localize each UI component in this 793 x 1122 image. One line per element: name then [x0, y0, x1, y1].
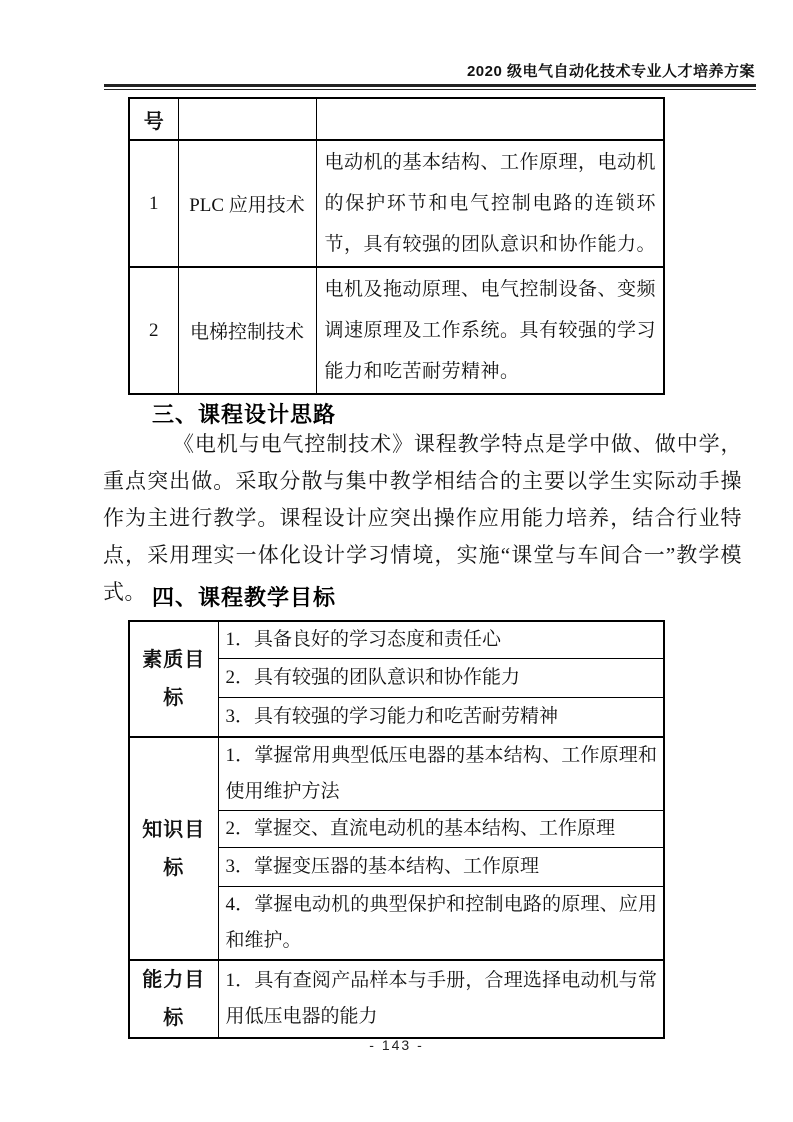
course-desc-cell: 电机及拖动原理、电气控制设备、变频调速原理及工作系统。具有较强的学习能力和吃苦耐… — [316, 267, 664, 394]
page-number: - 143 - — [0, 1037, 793, 1053]
objective-category-label: 素质目标 — [141, 641, 207, 717]
page-header-title: 2020 级电气自动化技术专业人才培养方案 — [105, 60, 755, 81]
header-rule — [104, 84, 756, 90]
course-table-header-row: 号 — [129, 98, 664, 140]
objective-row: 素质目标 1．具备良好的学习态度和责任心 — [129, 621, 664, 659]
row-number-cell: 1 — [129, 140, 178, 267]
objective-row: 能力目标 1．具有查阅产品样本与手册，合理选择电动机与常用低压电器的能力 — [129, 960, 664, 1038]
table-row: 2 电梯控制技术 电机及拖动原理、电气控制设备、变频调速原理及工作系统。具有较强… — [129, 267, 664, 394]
row-number-cell: 2 — [129, 267, 178, 394]
objective-item-cell: 1．掌握常用典型低压电器的基本结构、工作原理和使用维护方法 — [218, 737, 664, 811]
course-summary-table: 号 1 PLC 应用技术 电动机的基本结构、工作原理，电动机的保护环节和电气控制… — [128, 97, 665, 395]
objective-item-cell: 2．具有较强的团队意识和协作能力 — [218, 659, 664, 698]
header-cell-course — [178, 98, 316, 140]
objective-item-cell: 3．具有较强的学习能力和吃苦耐劳精神 — [218, 698, 664, 738]
section-heading-teaching-objectives: 四、课程教学目标 — [152, 581, 336, 612]
header-cell-no: 号 — [129, 98, 178, 140]
course-name-cell: PLC 应用技术 — [178, 140, 316, 267]
objective-item-cell: 3．掌握变压器的基本结构、工作原理 — [218, 848, 664, 887]
objective-category-cell: 素质目标 — [129, 621, 218, 737]
objective-item-cell: 1．具备良好的学习态度和责任心 — [218, 621, 664, 659]
table-row: 1 PLC 应用技术 电动机的基本结构、工作原理，电动机的保护环节和电气控制电路… — [129, 140, 664, 267]
document-page: 2020 级电气自动化技术专业人才培养方案 号 1 PLC 应用技术 电动机的基… — [0, 0, 793, 1122]
objective-item-cell: 1．具有查阅产品样本与手册，合理选择电动机与常用低压电器的能力 — [218, 960, 664, 1038]
header-cell-desc — [316, 98, 664, 140]
objective-category-cell: 知识目标 — [129, 737, 218, 960]
section-heading-course-design: 三、课程设计思路 — [152, 398, 336, 429]
objective-row: 知识目标 1．掌握常用典型低压电器的基本结构、工作原理和使用维护方法 — [129, 737, 664, 811]
course-name-cell: 电梯控制技术 — [178, 267, 316, 394]
objective-category-label: 知识目标 — [141, 811, 207, 887]
objective-category-label: 能力目标 — [141, 961, 207, 1037]
objective-category-cell: 能力目标 — [129, 960, 218, 1038]
objective-item-cell: 2．掌握交、直流电动机的基本结构、工作原理 — [218, 811, 664, 848]
objective-item-cell: 4．掌握电动机的典型保护和控制电路的原理、应用和维护。 — [218, 887, 664, 961]
objectives-table: 素质目标 1．具备良好的学习态度和责任心 2．具有较强的团队意识和协作能力 3．… — [128, 620, 665, 1039]
course-desc-cell: 电动机的基本结构、工作原理，电动机的保护环节和电气控制电路的连锁环节，具有较强的… — [316, 140, 664, 267]
